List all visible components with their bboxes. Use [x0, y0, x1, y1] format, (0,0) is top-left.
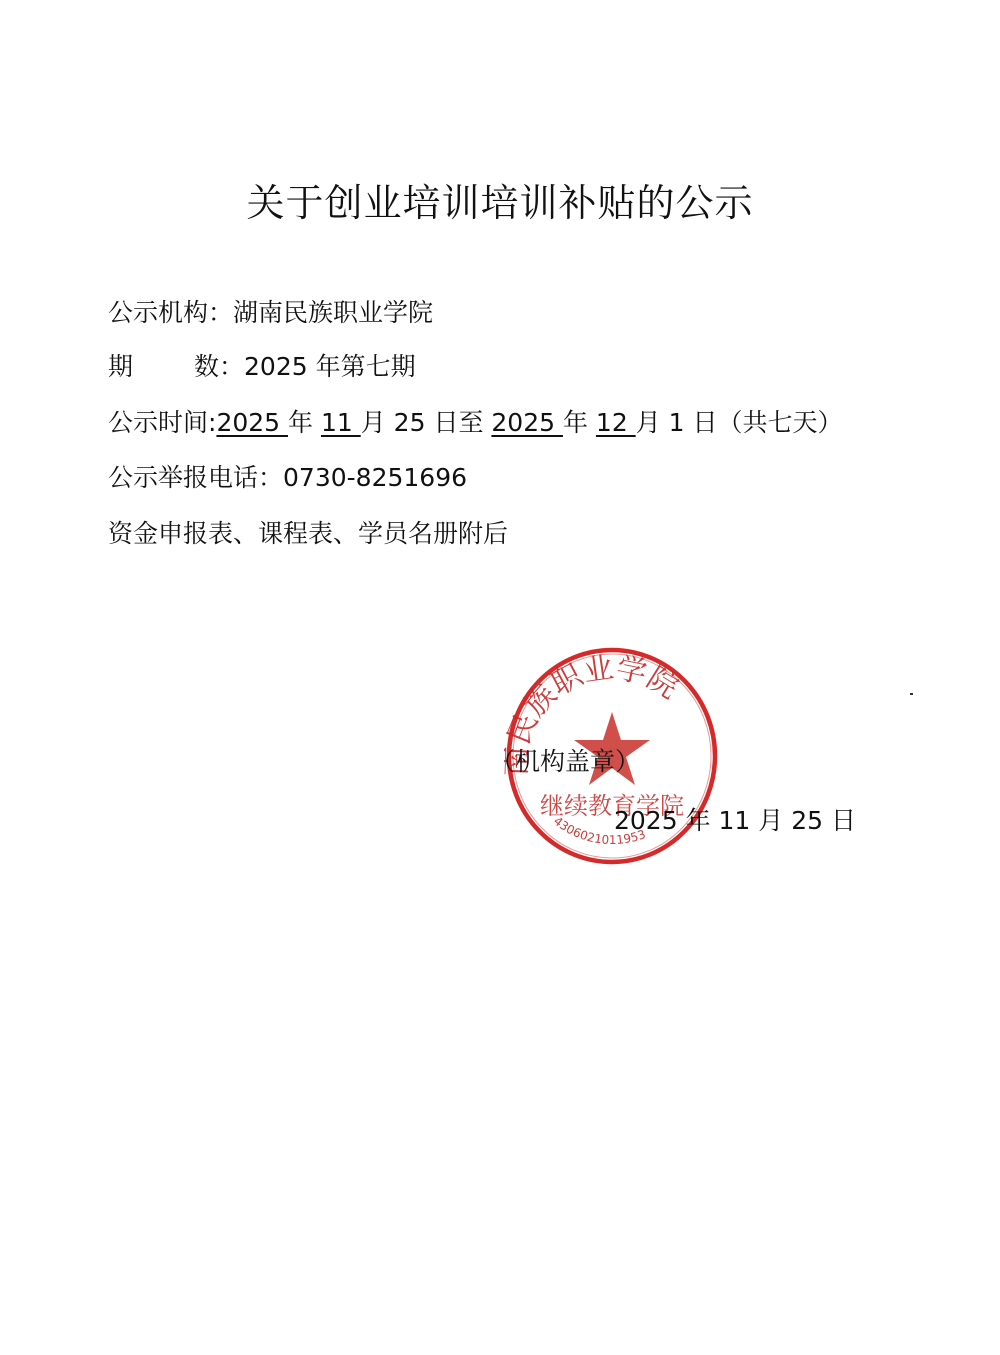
period-line: 期数：2025 年第七期	[108, 350, 416, 384]
hotline-value: 0730-8251696	[283, 463, 467, 492]
seal-label: （机构盖章）	[490, 745, 640, 779]
sign-date: 2025 年 11 月 25 日	[614, 804, 856, 838]
institution-value: 湖南民族职业学院	[233, 298, 433, 327]
end-month: 12	[596, 408, 636, 437]
institution-line: 公示机构：湖南民族职业学院	[108, 296, 433, 330]
attachments-line: 资金申报表、课程表、学员名册附后	[108, 517, 508, 551]
year-char-1: 年	[288, 408, 321, 437]
period-label-first: 期	[108, 350, 194, 384]
scan-speck	[910, 693, 913, 695]
end-year: 2025	[491, 408, 563, 437]
start-year: 2025	[216, 408, 288, 437]
document-page: 关于创业培训培训补贴的公示 公示机构：湖南民族职业学院 期数：2025 年第七期…	[0, 0, 1000, 1355]
hotline-line: 公示举报电话：0730-8251696	[108, 461, 467, 495]
hotline-label: 公示举报电话：	[108, 463, 283, 492]
period-value: 2025 年第七期	[244, 352, 416, 381]
start-month: 11	[321, 408, 361, 437]
period-label-second: 数：	[194, 352, 244, 381]
institution-label: 公示机构：	[108, 296, 233, 330]
publicity-time-label: 公示时间:	[108, 408, 216, 437]
document-title: 关于创业培训培训补贴的公示	[0, 178, 1000, 228]
year-char-2: 年	[563, 408, 596, 437]
month-char-1: 月 25 日至	[361, 408, 492, 437]
publicity-time-line: 公示时间:2025 年 11 月 25 日至 2025 年 12 月 1 日（共…	[108, 406, 843, 440]
month-char-2: 月 1 日（共七天）	[636, 408, 843, 437]
